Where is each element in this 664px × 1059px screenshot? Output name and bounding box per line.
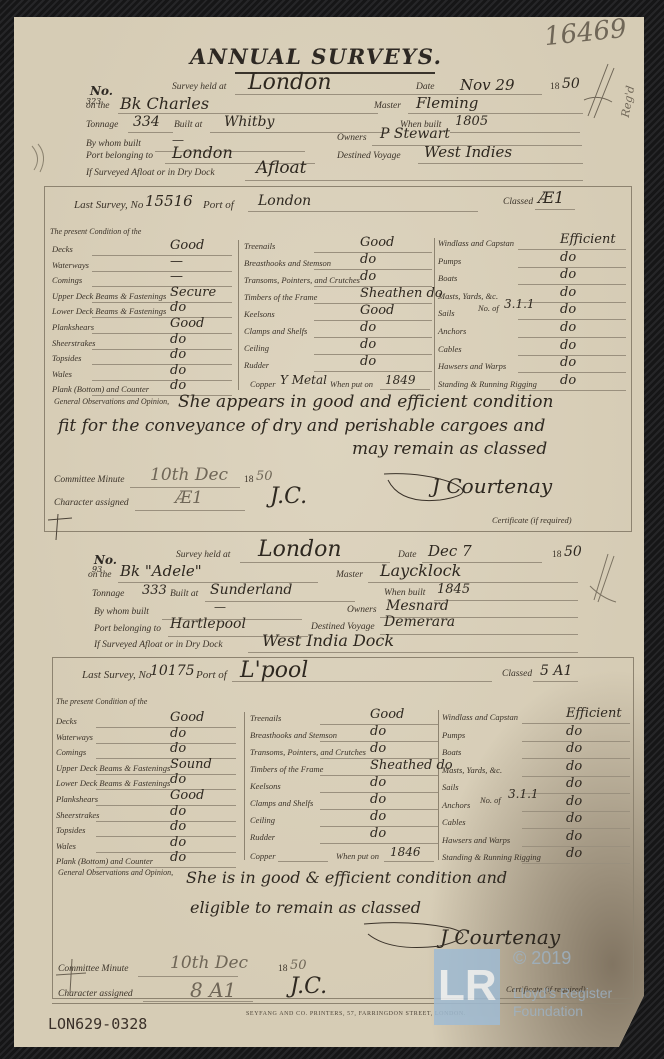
- condition-value: do: [170, 819, 186, 834]
- fill-line: [320, 843, 438, 844]
- condition-value: do: [560, 373, 576, 388]
- survey-1-built-at: Whitby: [224, 114, 274, 130]
- label: Survey held at: [172, 82, 226, 92]
- fill-line: [92, 302, 232, 303]
- condition-value: —: [170, 254, 183, 269]
- fill-line: [96, 743, 236, 744]
- label: 18: [552, 550, 562, 560]
- label: Date: [398, 550, 416, 560]
- condition-label: Rudder: [250, 832, 275, 842]
- page-title: ANNUAL SURVEYS.: [190, 44, 442, 69]
- condition-label: Transoms, Pointers, and Crutches: [250, 747, 366, 757]
- condition-value: Good: [370, 707, 404, 722]
- survey-2-when-put-on: 1846: [390, 845, 421, 859]
- survey-1-anchors-count: 3.1.1: [504, 297, 535, 311]
- fill-line: [92, 380, 232, 381]
- label: Certificate (if required): [492, 515, 572, 525]
- survey-1-ship-name: Bk Charles: [120, 94, 209, 113]
- survey-2-builder: —: [214, 600, 226, 614]
- condition-label: Cables: [438, 344, 462, 354]
- fill-line: [92, 271, 232, 272]
- condition-value: do: [566, 794, 582, 809]
- condition-value: Efficient: [560, 232, 616, 247]
- survey-2-dock: West India Dock: [262, 631, 394, 650]
- condition-label: Lower Deck Beams & Fastenings: [52, 306, 166, 316]
- condition-value: do: [360, 354, 376, 369]
- survey-1-port: London: [172, 143, 233, 162]
- condition-label: Decks: [52, 244, 73, 254]
- condition-label: Clamps and Shelfs: [244, 326, 307, 336]
- condition-label: Upper Deck Beams & Fastenings: [56, 763, 170, 773]
- survey-1-master: Fleming: [416, 94, 478, 112]
- fill-line: [92, 364, 232, 365]
- condition-label: Comings: [52, 275, 82, 285]
- condition-label: Masts, Yards, &c.: [438, 291, 498, 301]
- fill-line: [92, 255, 232, 256]
- label: When put on: [330, 379, 373, 389]
- label: No. of: [478, 303, 499, 313]
- condition-label: Pumps: [442, 730, 465, 740]
- survey-1-observation-line-2: fit for the conveyance of dry and perish…: [58, 416, 545, 436]
- condition-label: Windlass and Capstan: [442, 712, 518, 722]
- condition-value: do: [566, 724, 582, 739]
- condition-value: do: [370, 826, 386, 841]
- condition-label: Plank (Bottom) and Counter: [56, 856, 153, 866]
- condition-value: do: [370, 724, 386, 739]
- survey-2-observation-line-1: She is in good & efficient condition and: [186, 868, 507, 887]
- label: Master: [374, 101, 401, 111]
- condition-label: Pumps: [438, 256, 461, 266]
- fill-line: [518, 390, 626, 391]
- condition-label: Boats: [442, 747, 461, 757]
- condition-label: Treenails: [244, 241, 275, 251]
- watermark-org-line-2: Foundation: [513, 1003, 583, 1019]
- condition-label: Decks: [56, 716, 77, 726]
- survey-1-character-assigned: Æ1: [175, 488, 203, 508]
- survey-1-no-label: No.: [90, 84, 113, 98]
- condition-label: Waterways: [52, 260, 89, 270]
- condition-label: Timbers of the Frame: [250, 764, 323, 774]
- fill-line: [96, 836, 236, 837]
- condition-label: Standing & Running Rigging: [442, 852, 541, 862]
- label: By whom built: [94, 607, 149, 617]
- margin-tick-icon: [28, 140, 54, 176]
- catalogue-reference: LON629-0328: [48, 1015, 147, 1033]
- survey-2-ship-name: Bk "Adele": [120, 562, 202, 580]
- survey-2-observation-line-2: eligible to remain as classed: [190, 898, 421, 917]
- condition-label: Cables: [442, 817, 466, 827]
- label: 18: [550, 82, 560, 92]
- condition-value: do: [566, 741, 582, 756]
- label: Master: [336, 570, 363, 580]
- condition-value: do: [360, 252, 376, 267]
- survey-1-year: 50: [562, 76, 580, 92]
- label: When put on: [336, 851, 379, 861]
- label: When built: [384, 588, 425, 598]
- fill-line: [522, 863, 630, 864]
- label: If Surveyed Afloat or in Dry Dock: [86, 168, 215, 178]
- survey-1-when-built: 1805: [455, 114, 488, 129]
- watermark-copyright: © 2019: [513, 948, 571, 969]
- condition-label: Topsides: [56, 825, 85, 835]
- condition-value: do: [566, 829, 582, 844]
- survey-2-owners: Mesnard: [386, 598, 449, 614]
- survey-1-last-port: London: [258, 193, 311, 209]
- label: on the: [86, 101, 109, 111]
- fill-line: [96, 758, 236, 759]
- condition-label: Anchors: [442, 800, 470, 810]
- survey-1-location: London: [248, 70, 332, 95]
- lr-foundation-logo: LR: [434, 949, 500, 1025]
- condition-value: do: [566, 846, 582, 861]
- label: Port of: [196, 669, 227, 681]
- survey-1-copper: Y Metal: [280, 373, 327, 387]
- label: 18: [278, 964, 288, 974]
- survey-1-dock: Afloat: [256, 158, 307, 178]
- label: on the: [88, 570, 111, 580]
- fill-line: [92, 317, 232, 318]
- condition-label: Sails: [442, 782, 459, 792]
- margin-cross-icon: [52, 955, 88, 995]
- condition-label: Rudder: [244, 360, 269, 370]
- condition-value: do: [370, 809, 386, 824]
- label: Last Survey, No: [82, 669, 151, 681]
- condition-value: do: [560, 338, 576, 353]
- survey-2-year: 50: [564, 544, 582, 560]
- condition-value: Sheathen do: [360, 286, 443, 301]
- watermark-org-line-1: Lloyd's Register: [513, 985, 612, 1001]
- label: If Surveyed Afloat or in Dry Dock: [94, 640, 223, 650]
- condition-value: Good: [170, 710, 204, 725]
- survey-1-classed: Æ1: [538, 188, 564, 207]
- label: Tonnage: [86, 120, 118, 130]
- condition-label: Hawsers and Warps: [438, 361, 506, 371]
- condition-label: Clamps and Shelfs: [250, 798, 313, 808]
- condition-value: do: [566, 811, 582, 826]
- label: Copper: [250, 851, 276, 861]
- condition-value: Good: [360, 235, 394, 250]
- condition-label: Waterways: [56, 732, 93, 742]
- survey-2-classed: 5 A1: [540, 663, 572, 679]
- survey-1-committee-year: 50: [256, 469, 273, 484]
- column-divider: [244, 712, 245, 860]
- fill-line: [96, 852, 236, 853]
- logo-text: LR: [438, 961, 497, 1011]
- condition-value: do: [170, 347, 186, 362]
- condition-value: do: [560, 250, 576, 265]
- condition-label: Breasthooks and Stemson: [244, 258, 331, 268]
- survey-1-tonnage: 334: [133, 114, 160, 130]
- condition-label: Treenails: [250, 713, 281, 723]
- condition-label: Wales: [56, 841, 76, 851]
- label: Port belonging to: [86, 151, 153, 161]
- label: No. of: [480, 795, 501, 805]
- condition-value: do: [560, 320, 576, 335]
- condition-label: Plank (Bottom) and Counter: [52, 384, 149, 394]
- condition-label: Keelsons: [244, 309, 275, 319]
- survey-2-committee-minute: 10th Dec: [170, 953, 248, 973]
- condition-value: do: [566, 776, 582, 791]
- survey-2-built-at: Sunderland: [210, 582, 292, 598]
- survey-1-when-put-on: 1849: [385, 373, 416, 387]
- condition-value: do: [170, 835, 186, 850]
- condition-value: do: [170, 850, 186, 865]
- condition-label: Breasthooks and Stemson: [250, 730, 337, 740]
- fill-line: [96, 821, 236, 822]
- column-divider: [434, 238, 435, 390]
- condition-value: do: [170, 332, 186, 347]
- condition-value: do: [360, 337, 376, 352]
- condition-value: —: [170, 269, 183, 284]
- condition-value: Efficient: [566, 706, 622, 721]
- condition-label: Topsides: [52, 353, 81, 363]
- survey-2-anchors-count: 3.1.1: [508, 787, 539, 801]
- condition-value: Sheathed do: [370, 758, 453, 773]
- label: Port belonging to: [94, 624, 161, 634]
- condition-value: do: [370, 775, 386, 790]
- fill-line: [92, 333, 232, 334]
- survey-2-committee-year: 50: [290, 958, 307, 973]
- condition-value: Secure: [170, 285, 216, 300]
- label: Survey held at: [176, 550, 230, 560]
- condition-value: do: [170, 741, 186, 756]
- label: Owners: [347, 605, 377, 615]
- label: General Observations and Opinion,: [58, 868, 173, 877]
- condition-label: Sails: [438, 308, 455, 318]
- label: The present Condition of the: [50, 227, 141, 236]
- condition-value: do: [560, 355, 576, 370]
- condition-label: Timbers of the Frame: [244, 292, 317, 302]
- survey-2-character-assigned: 8 A1: [190, 978, 236, 1002]
- condition-value: do: [560, 302, 576, 317]
- condition-label: Keelsons: [250, 781, 281, 791]
- condition-value: do: [170, 772, 186, 787]
- label: Last Survey, No: [74, 199, 143, 211]
- survey-1-owners: P Stewart: [380, 126, 450, 142]
- condition-label: Wales: [52, 369, 72, 379]
- margin-cross-icon: [44, 512, 74, 542]
- label: By whom built: [86, 139, 141, 149]
- condition-value: Good: [360, 303, 394, 318]
- column-divider: [238, 240, 239, 390]
- survey-1-date: Nov 29: [460, 76, 515, 94]
- survey-2-when-built: 1845: [437, 582, 470, 597]
- survey-1-observation-line-1: She appears in good and efficient condit…: [178, 392, 553, 412]
- label: Classed: [503, 197, 533, 207]
- survey-2-master: Laycklock: [380, 561, 461, 580]
- condition-label: Anchors: [438, 326, 466, 336]
- condition-label: Ceiling: [244, 343, 269, 353]
- condition-value: do: [560, 267, 576, 282]
- condition-label: Plankshears: [56, 794, 98, 804]
- condition-value: do: [370, 741, 386, 756]
- label: General Observations and Opinion,: [54, 397, 169, 406]
- column-divider: [438, 710, 439, 860]
- condition-value: Sound: [170, 757, 212, 772]
- condition-value: do: [560, 285, 576, 300]
- label: Copper: [250, 379, 276, 389]
- fill-line: [96, 727, 236, 728]
- survey-1-committee-minute: 10th Dec: [150, 465, 228, 485]
- survey-2-initials: J.C.: [290, 974, 327, 999]
- condition-value: do: [360, 320, 376, 335]
- signature-flourish-icon: [380, 468, 500, 508]
- fill-line: [96, 805, 236, 806]
- label: Classed: [502, 669, 532, 679]
- label: Tonnage: [92, 589, 124, 599]
- condition-value: Good: [170, 788, 204, 803]
- condition-label: Windlass and Capstan: [438, 238, 514, 248]
- condition-label: Upper Deck Beams & Fastenings: [52, 291, 166, 301]
- flourish-mark-icon: [586, 550, 626, 610]
- label: Built at: [174, 120, 202, 130]
- survey-1-last-survey-no: 15516: [145, 192, 193, 210]
- condition-label: Sheerstrakes: [56, 810, 99, 820]
- survey-1-observation-line-3: may remain as classed: [352, 439, 547, 459]
- condition-value: do: [170, 363, 186, 378]
- fill-line: [92, 349, 232, 350]
- survey-2-port: Hartlepool: [170, 616, 246, 632]
- label: Committee Minute: [54, 475, 124, 485]
- fill-line: [314, 371, 432, 372]
- survey-2-tonnage: 333: [142, 583, 167, 598]
- condition-label: Lower Deck Beams & Fastenings: [56, 778, 170, 788]
- condition-value: Good: [170, 316, 204, 331]
- flourish-mark-icon: [578, 60, 618, 120]
- condition-label: Masts, Yards, &c.: [442, 765, 502, 775]
- fill-line: [96, 774, 236, 775]
- survey-1-voyage: West Indies: [424, 143, 512, 161]
- condition-label: Plankshears: [52, 322, 94, 332]
- condition-value: do: [170, 804, 186, 819]
- condition-value: do: [170, 726, 186, 741]
- condition-label: Ceiling: [250, 815, 275, 825]
- condition-value: do: [170, 300, 186, 315]
- condition-value: do: [566, 759, 582, 774]
- condition-label: Hawsers and Warps: [442, 835, 510, 845]
- survey-2-voyage: Demerara: [384, 614, 455, 630]
- label: Date: [416, 82, 434, 92]
- condition-value: do: [360, 269, 376, 284]
- condition-value: Good: [170, 238, 204, 253]
- label: 18: [244, 475, 254, 485]
- fill-line: [96, 789, 236, 790]
- survey-2-date: Dec 7: [428, 542, 472, 560]
- condition-label: Transoms, Pointers, and Crutches: [244, 275, 360, 285]
- label: Port of: [203, 199, 234, 211]
- label: Built at: [170, 589, 198, 599]
- condition-value: do: [370, 792, 386, 807]
- label: Character assigned: [54, 498, 129, 508]
- survey-2-location: London: [258, 537, 342, 562]
- condition-label: Boats: [438, 273, 457, 283]
- condition-label: Sheerstrakes: [52, 338, 95, 348]
- label: The present Condition of the: [56, 697, 147, 706]
- label: Owners: [337, 133, 367, 143]
- condition-label: Standing & Running Rigging: [438, 379, 537, 389]
- survey-2-last-port: L'pool: [240, 658, 308, 683]
- label: Destined Voyage: [337, 151, 401, 161]
- survey-1-initials: J.C.: [270, 484, 307, 509]
- printer-imprint: SEYFANG AND CO. PRINTERS, 57, FARRINGDON…: [246, 1011, 466, 1017]
- condition-label: Comings: [56, 747, 86, 757]
- survey-2-last-survey-no: 10175: [150, 663, 195, 679]
